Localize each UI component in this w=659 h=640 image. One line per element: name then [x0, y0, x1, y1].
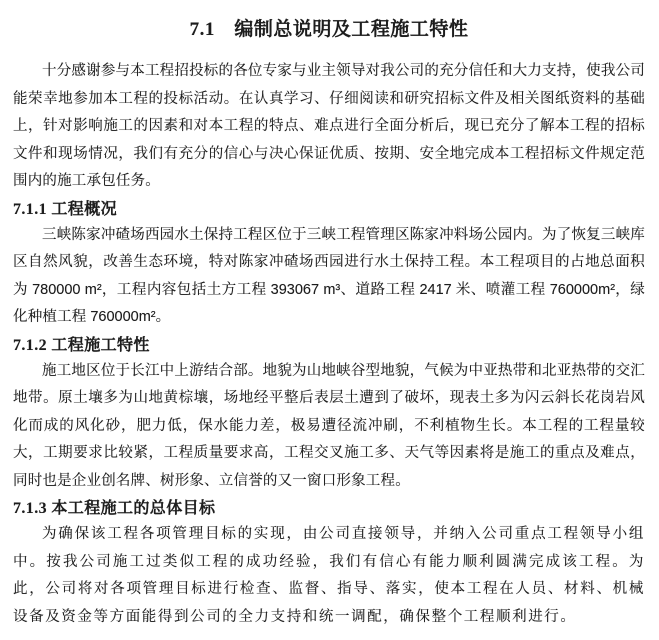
numeric-value: 2417 [419, 282, 451, 298]
numeric-value: 780000 m² [32, 282, 102, 298]
numeric-value: 760000m² [90, 309, 155, 325]
paragraph-7-1-1: 三峡陈家冲碴场西园水土保持工程区位于三峡工程管理区陈家冲料场公园内。为了恢复三峡… [13, 222, 645, 332]
paragraph-7-1-3: 为确保该工程各项管理目标的实现，由公司直接领导，并纳入公司重点工程领导小组中。按… [13, 521, 645, 631]
document-page: 7.1 编制总说明及工程施工特性 十分感谢参与本工程招投标的各位专家与业主领导对… [0, 0, 659, 640]
heading-7-1-3: 7.1.3 本工程施工的总体目标 [13, 497, 645, 521]
intro-paragraph: 十分感谢参与本工程招投标的各位专家与业主领导对我公司的充分信任和大力支持，使我公… [13, 58, 645, 196]
heading-7-1-2: 7.1.2 工程施工特性 [13, 334, 645, 358]
numeric-value: 760000m² [550, 282, 615, 298]
page-title: 7.1 编制总说明及工程施工特性 [13, 16, 645, 44]
paragraph-7-1-2: 施工地区位于长江中上游结合部。地貌为山地峡谷型地貌，气候为中亚热带和北亚热带的交… [13, 358, 645, 496]
heading-7-1-1: 7.1.1 工程概况 [13, 198, 645, 222]
numeric-value: 393067 m³ [271, 282, 341, 298]
